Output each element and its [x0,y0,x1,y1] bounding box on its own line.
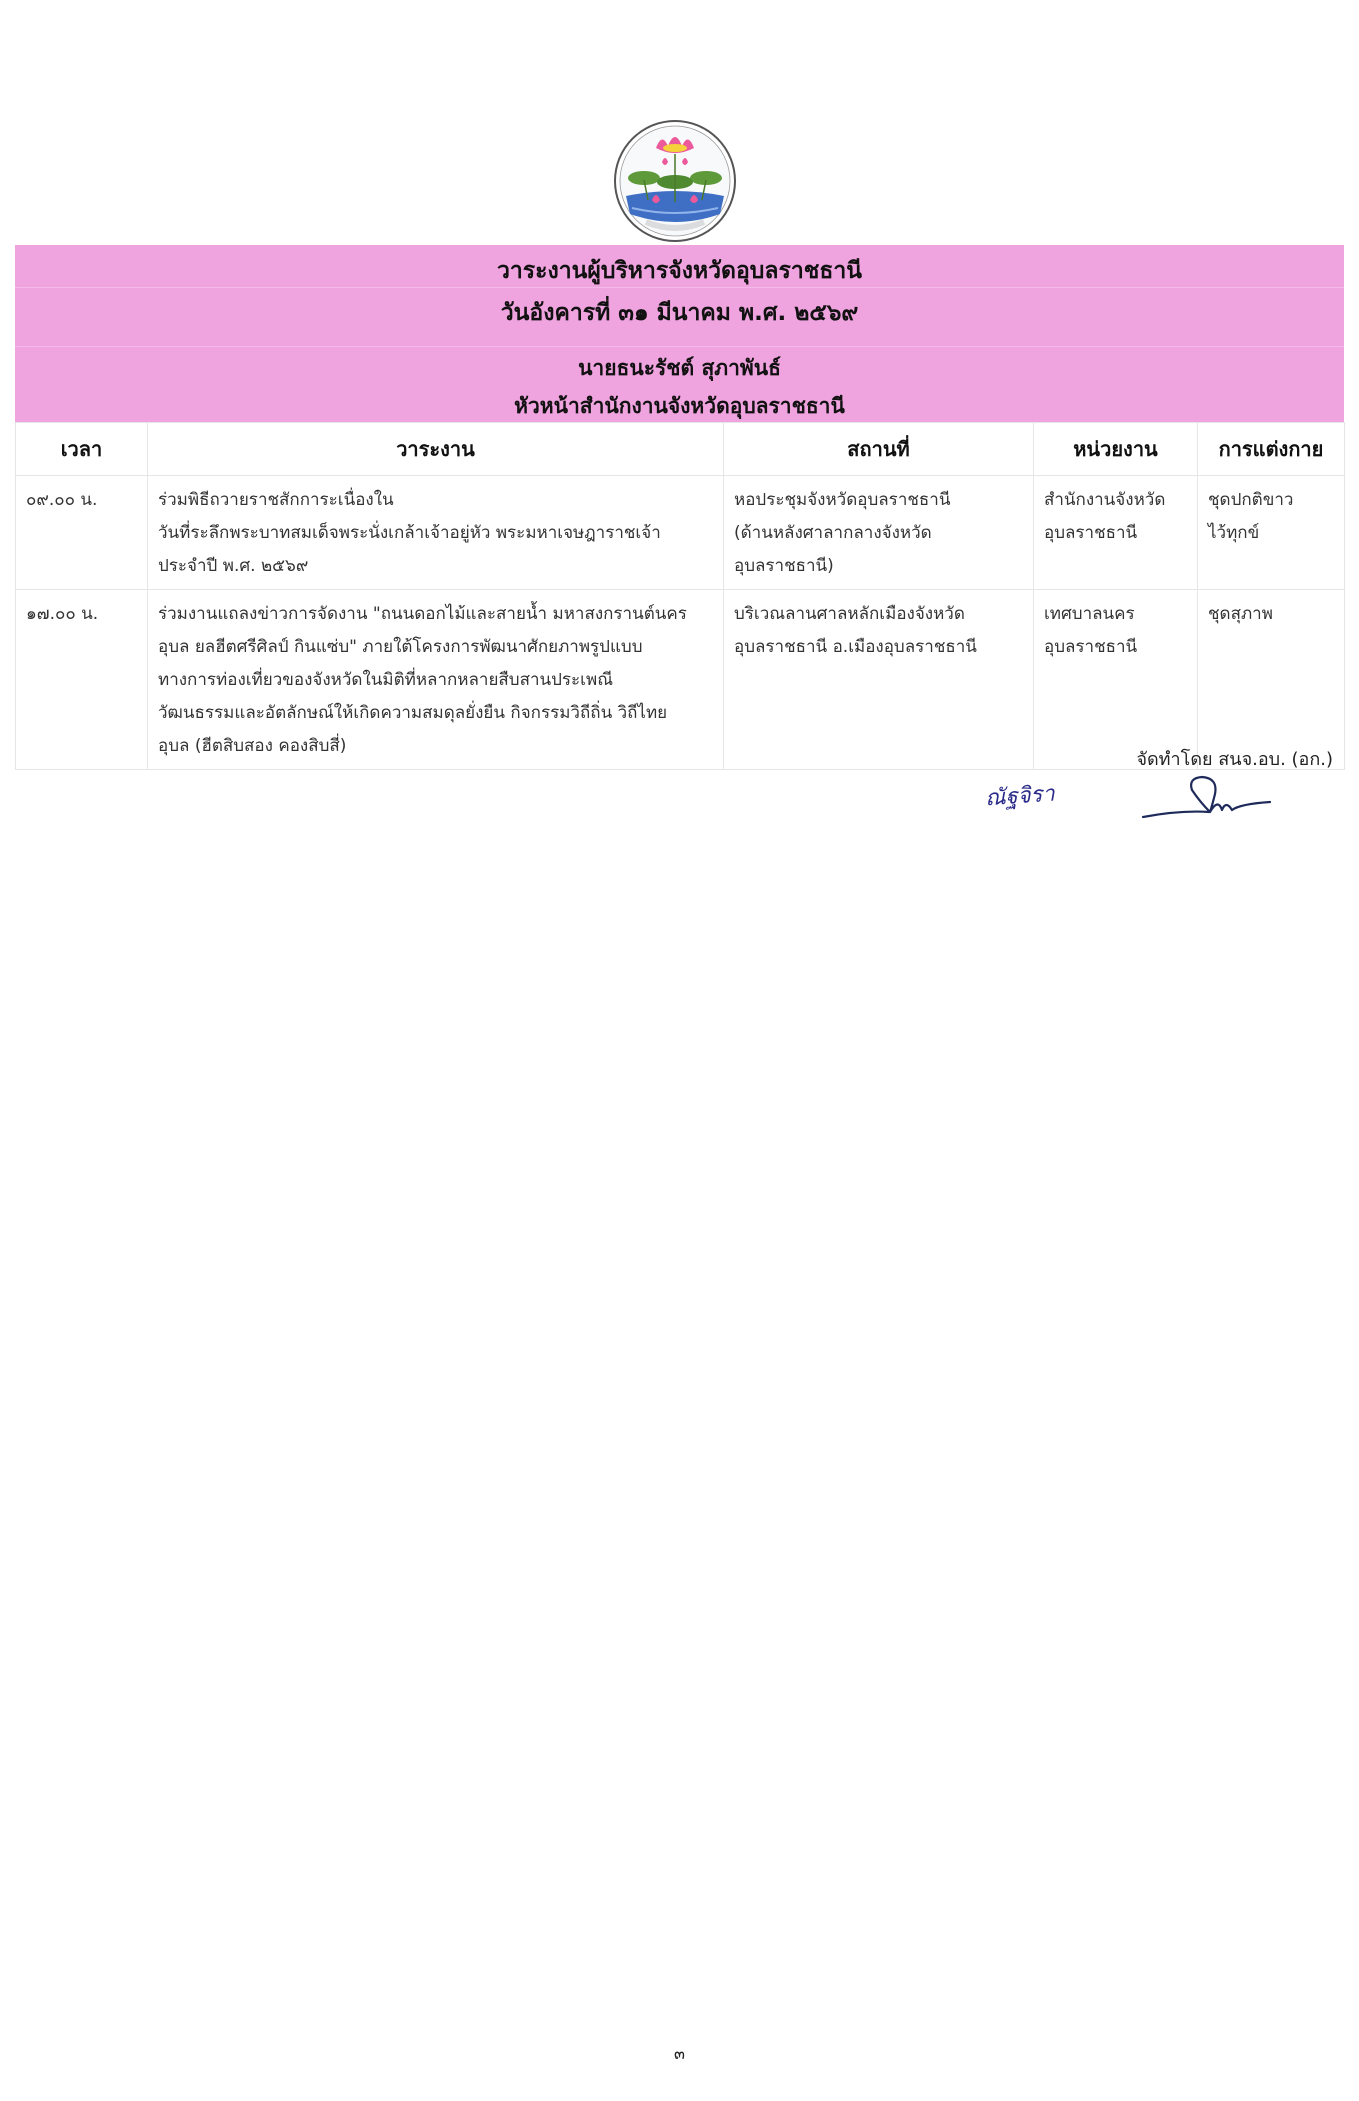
header-band: วาระงานผู้บริหารจังหวัดอุบลราชธานี วันอั… [15,245,1344,422]
column-header-location: สถานที่ [724,423,1034,476]
province-seal-logo [612,118,738,244]
lotus-seal-icon [612,118,738,244]
executive-name: นายธนะรัชต์ สุภาพันธ์ [15,352,1344,385]
handwritten-signature-icon [1140,772,1280,822]
band-divider [15,346,1344,347]
agenda-table: เวลา วาระงาน สถานที่ หน่วยงาน การแต่งกาย… [15,422,1345,770]
page-number: ๓ [0,2042,1359,2067]
table-row: ๐๙.๐๐ น. ร่วมพิธีถวายราชสักการะเนื่องใน … [16,476,1345,590]
signature-initials: ณัฐจิรา [984,776,1056,816]
executive-position: หัวหน้าสำนักงานจังหวัดอุบลราชธานี [15,390,1344,423]
table-row: ๑๗.๐๐ น. ร่วมงานแถลงข่าวการจัดงาน "ถนนดอ… [16,590,1345,770]
time-cell: ๐๙.๐๐ น. [16,476,148,590]
time-cell: ๑๗.๐๐ น. [16,590,148,770]
agenda-cell: ร่วมงานแถลงข่าวการจัดงาน "ถนนดอกไม้และสา… [148,590,724,770]
column-header-unit: หน่วยงาน [1034,423,1198,476]
dress-cell: ชุดสุภาพ [1198,590,1345,770]
unit-cell: เทศบาลนคร อุบลราชธานี [1034,590,1198,770]
agenda-cell: ร่วมพิธีถวายราชสักการะเนื่องใน วันที่ระล… [148,476,724,590]
dress-cell: ชุดปกติขาว ไว้ทุกข์ [1198,476,1345,590]
document-date: วันอังคารที่ ๓๑ มีนาคม พ.ศ. ๒๕๖๙ [15,295,1344,331]
prepared-by-note: จัดทำโดย สนจ.อบ. (อก.) [1136,744,1333,773]
column-header-time: เวลา [16,423,148,476]
column-header-dress: การแต่งกาย [1198,423,1345,476]
unit-cell: สำนักงานจังหวัด อุบลราชธานี [1034,476,1198,590]
location-cell: หอประชุมจังหวัดอุบลราชธานี (ด้านหลังศาลา… [724,476,1034,590]
document-title: วาระงานผู้บริหารจังหวัดอุบลราชธานี [15,253,1344,289]
location-cell: บริเวณลานศาลหลักเมืองจังหวัด อุบลราชธานี… [724,590,1034,770]
table-header-row: เวลา วาระงาน สถานที่ หน่วยงาน การแต่งกาย [16,423,1345,476]
column-header-agenda: วาระงาน [148,423,724,476]
